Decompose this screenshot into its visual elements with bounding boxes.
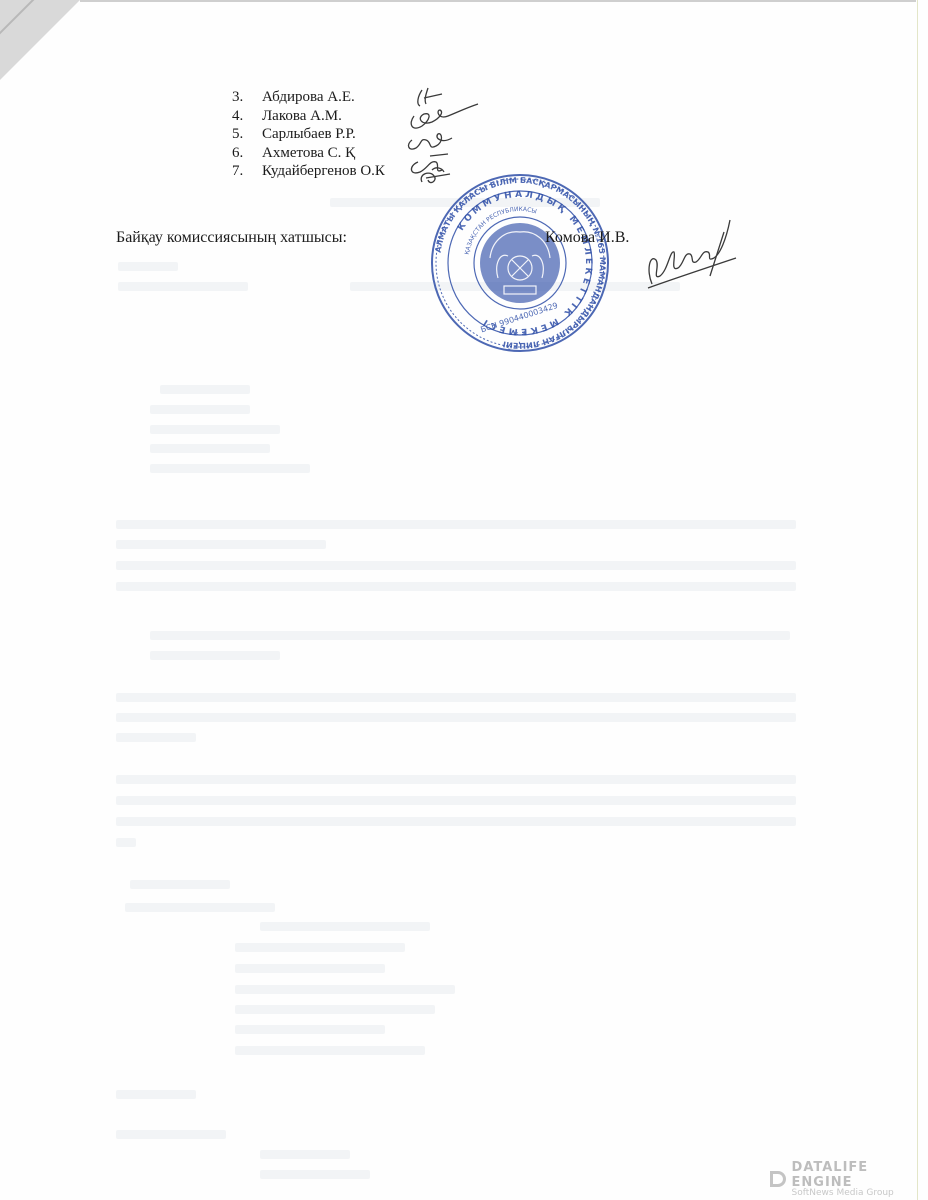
secretary-name: Комова И.В.: [545, 229, 629, 247]
list-item: 5.Сарлыбаев Р.Р.: [232, 125, 385, 144]
scanned-page: 3.Абдирова А.Е. 4.Лакова А.М. 5.Сарлыбае…: [0, 0, 928, 1200]
svg-text:* *: * *: [513, 330, 526, 341]
folded-corner: [0, 0, 80, 80]
list-item: 6.Ахметова С. Қ: [232, 144, 385, 163]
member-name: Кудайбергенов О.К: [262, 163, 385, 179]
paper-right-edge: [917, 0, 918, 1200]
signature-icon: [640, 210, 740, 290]
watermark-title: DATALIFE ENGINE: [792, 1160, 928, 1190]
member-name: Абдирова А.Е.: [262, 89, 355, 105]
list-item: 3.Абдирова А.Е.: [232, 88, 385, 107]
commission-members-list: 3.Абдирова А.Е. 4.Лакова А.М. 5.Сарлыбае…: [232, 88, 385, 181]
secretary-label: Байқау комиссиясының хатшысы:: [116, 229, 347, 247]
list-item: 4.Лакова А.М.: [232, 107, 385, 126]
list-item: 7.Кудайбергенов О.К: [232, 162, 385, 181]
member-name: Сарлыбаев Р.Р.: [262, 126, 356, 142]
member-name: Лакова А.М.: [262, 108, 342, 124]
watermark-subtitle: SoftNews Media Group: [792, 1188, 928, 1198]
watermark: DATALIFE ENGINE SoftNews Media Group: [770, 1160, 928, 1198]
paper-top-edge: [80, 0, 916, 2]
member-name: Ахметова С. Қ: [262, 145, 355, 161]
datalife-logo-icon: [770, 1171, 786, 1187]
official-stamp: АЛМАТЫ ҚАЛАСЫ БІЛІМ БАСҚАРМАСЫНЫҢ №165 М…: [430, 168, 610, 358]
